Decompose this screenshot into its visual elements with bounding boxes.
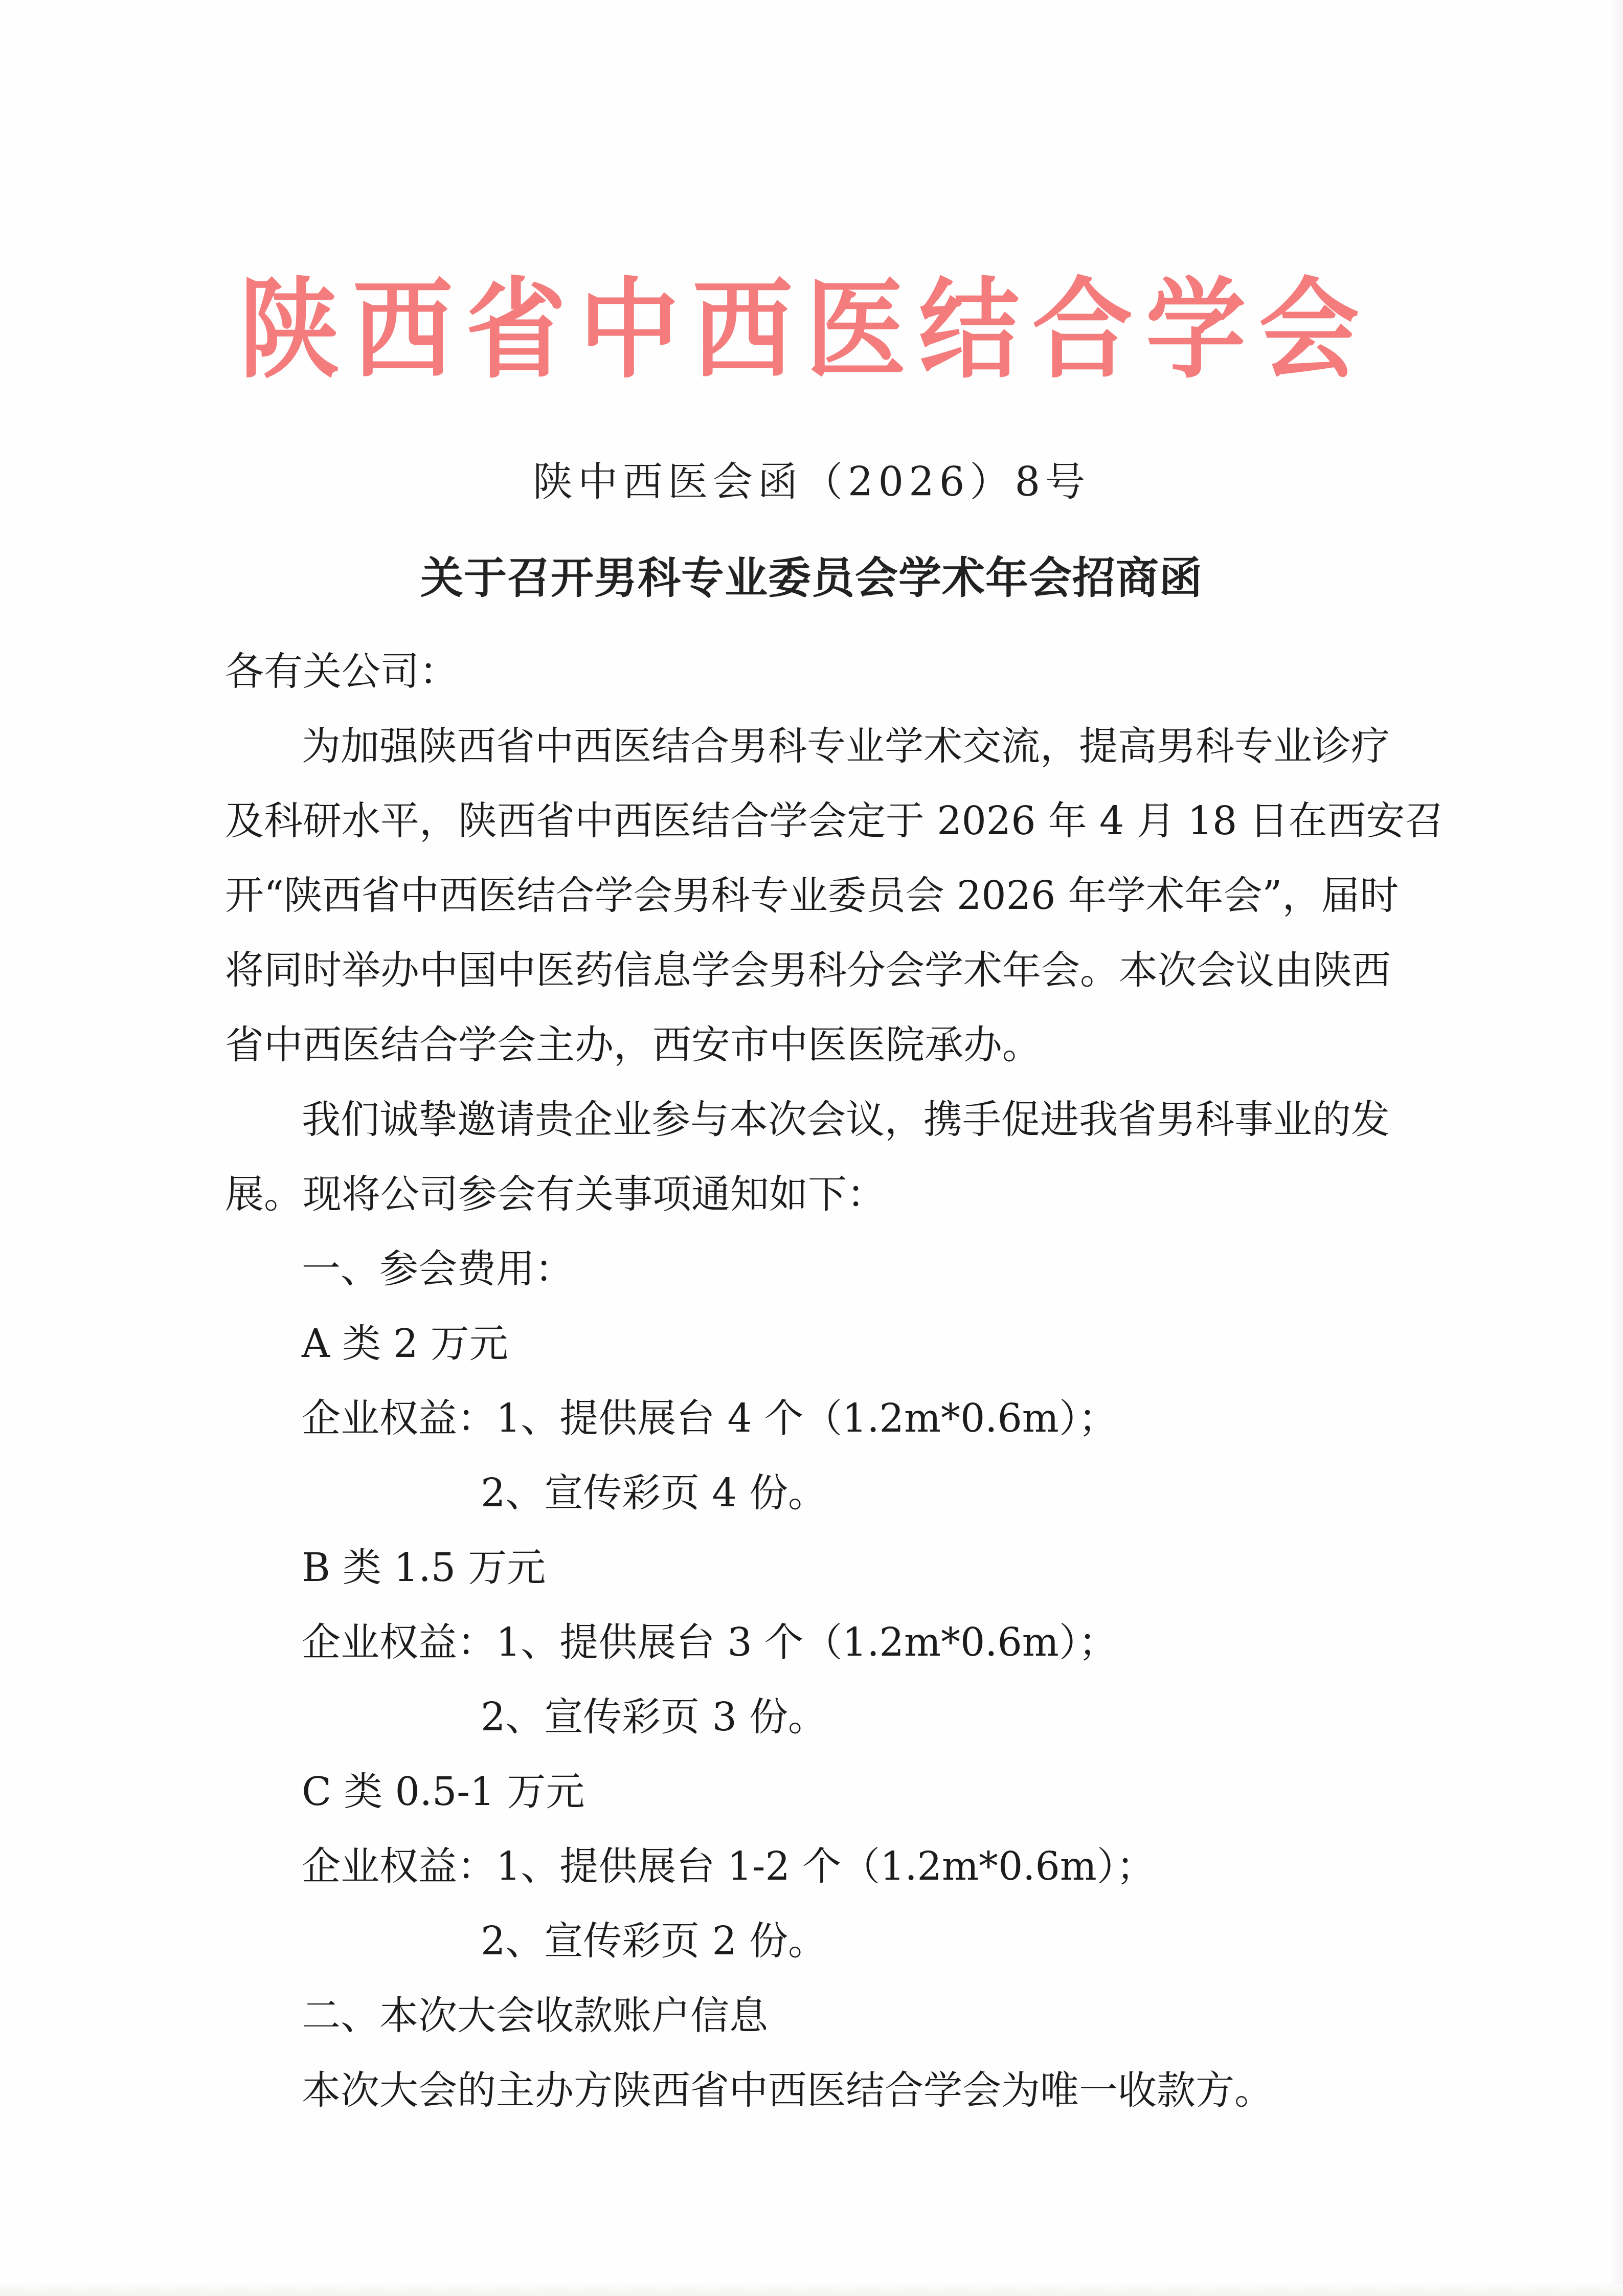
paragraph-line: 我们诚挚邀请贵企业参与本次会议，携手促进我省男科事业的发 (225, 1082, 1376, 1157)
benefit-item: 2、宣传彩页 4 份。 (225, 1456, 1376, 1530)
tier-a: A 类 2 万元 企业权益：1、提供展台 4 个（1.2m*0.6m）； 2、宣… (225, 1306, 1376, 1530)
intro-paragraph: 为加强陕西省中西医结合男科专业学术交流，提高男科专业诊疗 及科研水平，陕西省中西… (225, 709, 1376, 1082)
page-edge-shadow (1612, 0, 1623, 2296)
masthead-organization-title: 陕 西 省 中 西 医 结 合 学 会 (239, 276, 1359, 384)
masthead-char: 省 (466, 272, 566, 388)
masthead-char: 会 (1259, 272, 1359, 388)
document-body: 各有关公司： 为加强陕西省中西医结合男科专业学术交流，提高男科专业诊疗 及科研水… (225, 634, 1376, 2128)
masthead-char: 西 (692, 272, 793, 388)
document-number: 陕中西医会函（2026）8号 (0, 454, 1623, 510)
tier-title: A 类 2 万元 (225, 1306, 1376, 1381)
section-text: 本次大会的主办方陕西省中西医结合学会为唯一收款方。 (225, 2053, 1376, 2128)
masthead-char: 合 (1032, 272, 1133, 388)
document-page: 陕 西 省 中 西 医 结 合 学 会 陕中西医会函（2026）8号 关于召开男… (0, 0, 1623, 2296)
benefit-item: 2、宣传彩页 3 份。 (225, 1680, 1376, 1754)
paragraph-line: 开“陕西省中西医结合学会男科专业委员会 2026 年学术年会”，届时 (225, 858, 1376, 933)
tier-title: C 类 0.5-1 万元 (225, 1754, 1376, 1829)
masthead-char: 西 (353, 272, 453, 388)
benefit-item: 2、宣传彩页 2 份。 (225, 1904, 1376, 1978)
tier-c: C 类 0.5-1 万元 企业权益：1、提供展台 1-2 个（1.2m*0.6m… (225, 1754, 1376, 1978)
benefit-label: 企业权益： (302, 1843, 496, 1889)
paragraph-line: 及科研水平，陕西省中西医结合学会定于 2026 年 4 月 18 日在西安召 (225, 784, 1376, 858)
benefit-item: 1、提供展台 4 个（1.2m*0.6m）； (496, 1395, 1117, 1441)
masthead-char: 学 (1145, 272, 1246, 388)
paragraph-line: 展。现将公司参会有关事项通知如下： (225, 1157, 1376, 1232)
section-participation-fees: 一、参会费用： A 类 2 万元 企业权益：1、提供展台 4 个（1.2m*0.… (225, 1232, 1376, 1978)
masthead-char: 结 (919, 272, 1019, 388)
paragraph-line: 将同时举办中国中医药信息学会男科分会学术年会。本次会议由陕西 (225, 933, 1376, 1008)
tier-benefit-line: 企业权益：1、提供展台 3 个（1.2m*0.6m）； (225, 1605, 1376, 1680)
tier-benefit-line: 企业权益：1、提供展台 1-2 个（1.2m*0.6m）； (225, 1829, 1376, 1904)
section-heading: 一、参会费用： (225, 1232, 1376, 1306)
benefit-item: 1、提供展台 3 个（1.2m*0.6m）； (496, 1619, 1117, 1665)
page-bottom-edge (0, 2284, 1623, 2296)
paragraph-line: 为加强陕西省中西医结合男科专业学术交流，提高男科专业诊疗 (225, 709, 1376, 784)
section-payment-account: 二、本次大会收款账户信息 本次大会的主办方陕西省中西医结合学会为唯一收款方。 (225, 1978, 1376, 2128)
benefit-label: 企业权益： (302, 1395, 496, 1441)
tier-benefit-line: 企业权益：1、提供展台 4 个（1.2m*0.6m）； (225, 1381, 1376, 1456)
paragraph-line: 省中西医结合学会主办，西安市中医医院承办。 (225, 1008, 1376, 1082)
salutation: 各有关公司： (225, 634, 1376, 709)
section-heading: 二、本次大会收款账户信息 (225, 1978, 1376, 2053)
benefit-item: 1、提供展台 1-2 个（1.2m*0.6m）； (496, 1843, 1155, 1889)
tier-b: B 类 1.5 万元 企业权益：1、提供展台 3 个（1.2m*0.6m）； 2… (225, 1530, 1376, 1754)
masthead-char: 中 (579, 272, 680, 388)
tier-title: B 类 1.5 万元 (225, 1530, 1376, 1605)
masthead-char: 医 (806, 272, 906, 388)
invitation-paragraph: 我们诚挚邀请贵企业参与本次会议，携手促进我省男科事业的发 展。现将公司参会有关事… (225, 1082, 1376, 1232)
document-subject: 关于召开男科专业委员会学术年会招商函 (0, 547, 1623, 609)
benefit-label: 企业权益： (302, 1619, 496, 1665)
masthead-char: 陕 (239, 272, 340, 388)
